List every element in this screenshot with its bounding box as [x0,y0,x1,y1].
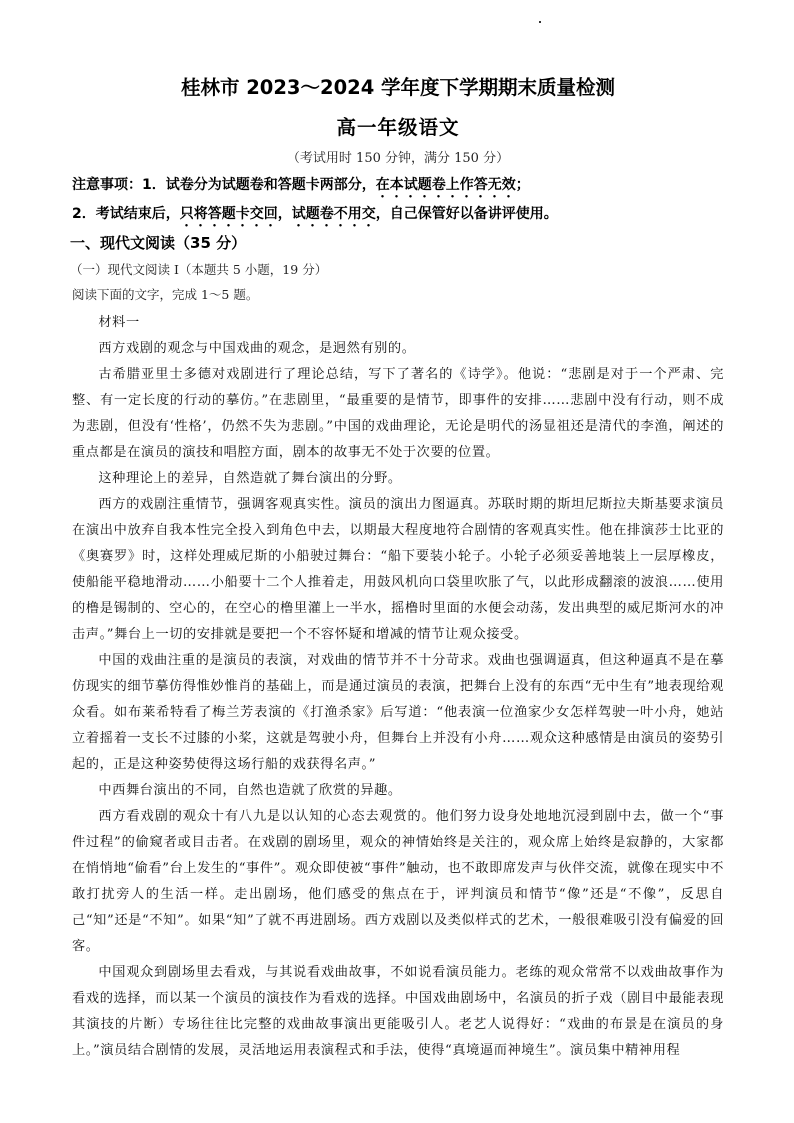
notice-text: ，自己保管好以备讲评使用。 [376,206,558,222]
emphasized-text: 试题卷不用交 [292,206,376,222]
notice-text: ； [516,177,530,193]
instruction-text: 阅读下面的文字，完成 1～5 题。 [72,285,258,303]
material-label: 材料一 [72,310,724,336]
notice-text: ， [278,206,292,222]
section-heading: 一、现代文阅读（35 分） [70,232,246,253]
paragraph: 西方戏剧的观念与中国戏曲的观念，是迥然有别的。 [72,336,724,362]
paragraph: 西方的戏剧注重情节，强调客观真实性。演员的演出力图逼真。苏联时期的斯坦尼斯拉夫斯… [72,492,724,648]
notice-line-2: 2．考试结束后，只将答题卡交回，试题卷不用交，自己保管好以备讲评使用。 [72,203,558,230]
page-title: 桂林市 2023～2024 学年度下学期期末质量检测 [72,72,724,100]
scan-dot [539,21,541,23]
notice-line-1: 注意事项：1．试卷分为试题卷和答题卡两部分，在本试题卷上作答无效； [72,174,530,201]
emphasized-text: 在本试题卷上作答无效 [376,177,516,193]
subsection-heading: （一）现代文阅读 I（本题共 5 小题，19 分） [70,260,327,278]
paragraph: 这种理论上的差异，自然造就了舞台演出的分野。 [72,466,724,492]
emphasized-text: 只将答题卡交回 [180,206,278,222]
reading-material: 材料一 西方戏剧的观念与中国戏曲的观念，是迥然有别的。 古希腊亚里士多德对戏剧进… [72,310,724,1064]
exam-info: （考试用时 150 分钟，满分 150 分） [72,147,724,166]
page-subtitle: 高一年级语文 [72,112,724,140]
paragraph: 中国的戏曲注重的是演员的表演，对戏曲的情节并不十分苛求。戏曲也强调逼真，但这种逼… [72,648,724,778]
paragraph: 古希腊亚里士多德对戏剧进行了理论总结，写下了著名的《诗学》。他说：“悲剧是对于一… [72,362,724,466]
paragraph: 西方看戏剧的观众十有八九是以认知的心态去观赏的。他们努力设身处地地沉浸到剧中去，… [72,804,724,960]
paragraph: 中国观众到剧场里去看戏，与其说看戏曲故事，不如说看演员能力。老练的观众常常不以戏… [72,960,724,1064]
notice-text: 2．考试结束后， [72,206,180,222]
notice-text: 注意事项：1．试卷分为试题卷和答题卡两部分， [72,177,376,193]
paragraph: 中西舞台演出的不同，自然也造就了欣赏的异趣。 [72,778,724,804]
